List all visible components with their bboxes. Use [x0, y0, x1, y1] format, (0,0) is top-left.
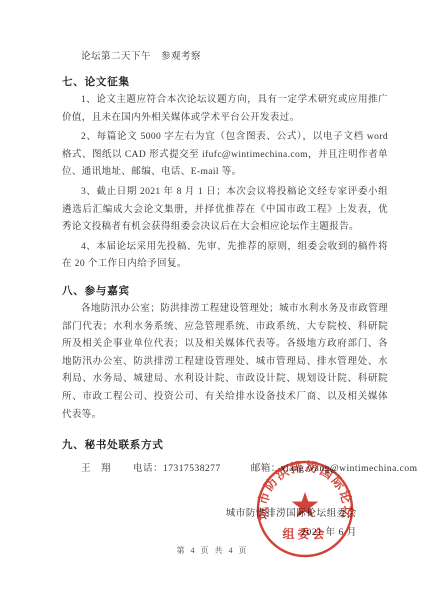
- schedule-line: 论坛第二天下午 参观考察: [62, 50, 388, 64]
- document-content: 论坛第二天下午 参观考察 七、论文征集 1、论文主题应符合本次论坛议题方向，具有…: [62, 0, 388, 477]
- contact-email: 邮箱：xiang.wang@wintimechina.com: [251, 464, 418, 474]
- signature-org: 城市防洪排涝国际论坛组委会: [226, 505, 357, 524]
- section-9-heading: 九、秘书处联系方式: [62, 438, 388, 453]
- section-7-paragraph-1: 1、论文主题应符合本次论坛议题方向，具有一定学术研究或应用推广价值，且未在国内外…: [62, 92, 388, 127]
- page-number-footer: 第 4 页 共 4 页: [0, 545, 425, 556]
- contact-email-address: xiang.wang@wintimechina.com: [281, 464, 418, 474]
- contact-phone-label: 电话：: [133, 464, 163, 474]
- contact-phone-number: 17317538277: [163, 464, 221, 474]
- contact-line: 王 翔电话：17317538277邮箱：xiang.wang@wintimech…: [62, 462, 388, 477]
- section-7-paragraph-4: 4、本届论坛采用先投稿、先审、先推荐的原则，组委会收到的稿件将在 20 个工作日…: [62, 239, 388, 274]
- section-7-paragraph-3: 3、截止日期 2021 年 8 月 1 日；本次会议将投稿论文经专家评委小组遴选…: [62, 184, 388, 237]
- section-7-paragraph-2: 2、每篇论文 5000 字左右为宜（包含图表、公式），以电子文档 word 格式…: [62, 129, 388, 182]
- contact-email-label: 邮箱：: [251, 464, 281, 474]
- contact-name: 王 翔: [81, 464, 111, 474]
- contact-phone: 电话：17317538277: [133, 464, 221, 474]
- signature-date: 2021 年 6 月: [226, 524, 357, 543]
- section-8-heading: 八、参与嘉宾: [62, 284, 388, 299]
- section-8-paragraph-1: 各地防汛办公室；防洪排涝工程建设管理处；城市水利水务及市政管理部门代表；水利水务…: [62, 301, 388, 424]
- signature-block: 城市防洪排涝国际论坛组委会 2021 年 6 月: [226, 505, 357, 543]
- document-page: 论坛第二天下午 参观考察 七、论文征集 1、论文主题应符合本次论坛议题方向，具有…: [0, 0, 425, 600]
- section-7-heading: 七、论文征集: [62, 75, 388, 90]
